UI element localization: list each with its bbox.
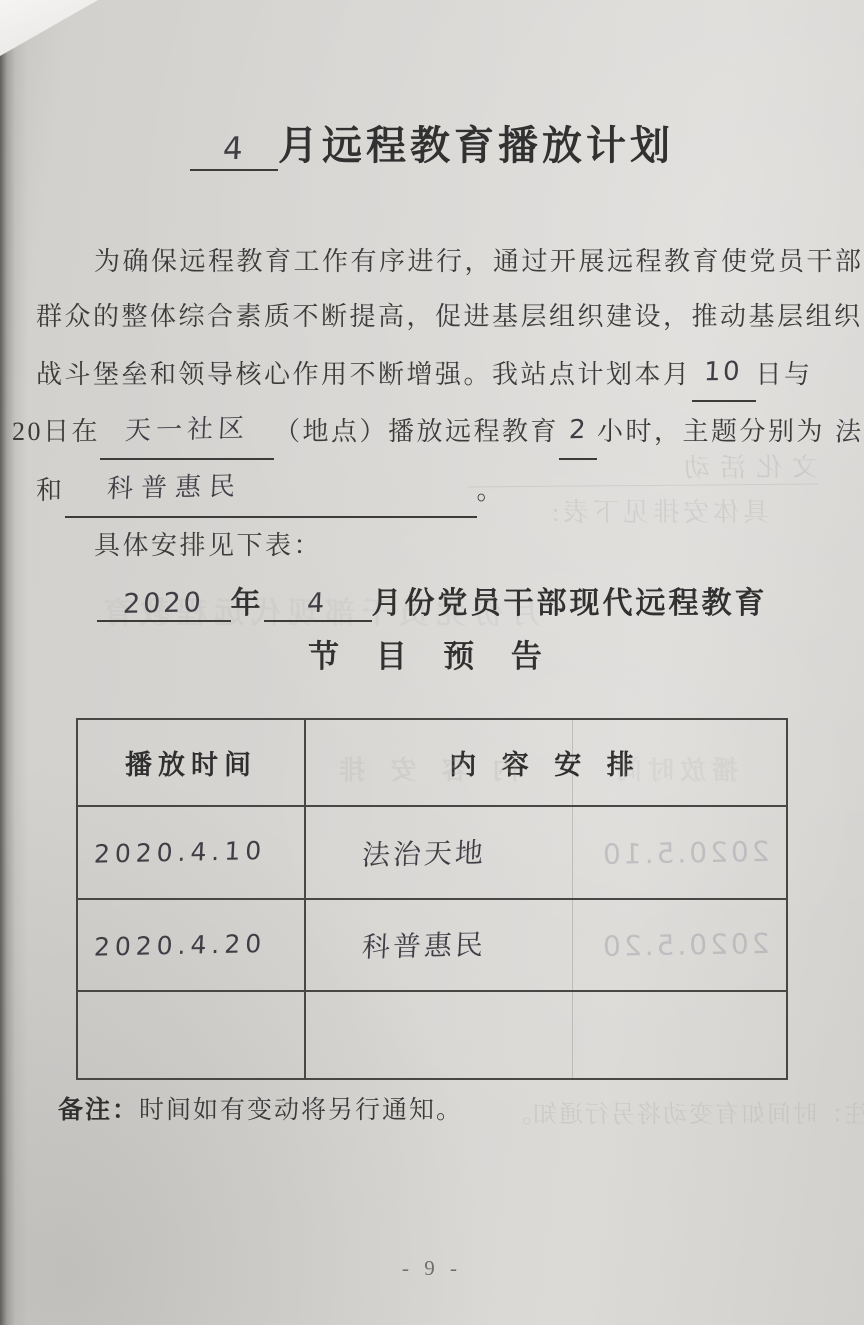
theme2-blank: 科普惠民 [65,460,477,518]
schedule-title-line2: 节 目 预 告 [0,631,864,676]
handwritten-month: 4 [222,131,245,168]
handwritten-theme2: 科普惠民 [105,460,244,518]
paragraph-line-3: 战斗堡垒和领导核心作用不断增强。我站点计划本月10日与 [36,344,842,402]
line5-pre: 和 [36,476,65,505]
note-label: 备注： [58,1096,139,1124]
row1-content-cell: 法治天地 2020.5.10 [306,807,786,898]
handwritten-month2: 4 [307,588,329,619]
row1-time-cell: 2020.4.10 [78,807,306,898]
handwritten-program-2: 科普惠民 [305,923,487,967]
line4-tail: 小时，主题分别为 [597,417,825,446]
schedule-section-title: 2020年4月份党员干部现代远程教育 节 目 预 告 [0,578,864,676]
line3-tail: 日与 [756,360,813,389]
handwritten-date-1: 2020.4.10 [77,836,267,869]
bleed-through-header-content: 内 容 安 排 [330,750,519,787]
scanned-document-page: 4月远程教育播放计划 为确保远程教育工作有序进行，通过开展远程教育使党员干部 群… [0,0,864,1325]
bleed-through-handwriting: 文化活动 [468,446,818,487]
schedule-title-rest: 月份党员干部现代远程教育 [372,587,768,620]
paragraph-line-1: 为确保远程教育工作有序进行，通过开展远程教育使党员干部 [36,234,842,289]
month-blank: 4 [264,586,372,622]
bleed-through-date-2: 2020.5.20 [600,927,770,963]
row2-content-cell: 科普惠民 2020.5.20 [306,900,786,990]
table-row: 2020.4.10 法治天地 2020.5.10 [78,807,786,900]
line4-pre: 20日在 [12,417,100,446]
handwritten-day1: 10 [703,345,744,401]
bleed-through-date-1: 2020.5.10 [600,835,770,871]
handwritten-program-1: 法治天地 [305,831,487,875]
handwritten-year: 2020 [122,587,204,620]
handwritten-theme1: 法治 [834,404,864,460]
note-text: 时间如有变动将另行通知。 [139,1097,463,1124]
row3-content-cell [306,992,786,1078]
bleed-through-note-line: 备注：时间如有变动将另行通知。 [505,1094,864,1129]
handwritten-date-2: 2020.4.20 [77,929,267,962]
note-line: 备注：时间如有变动将另行通知。 [58,1090,463,1126]
header-broadcast-time: 播放时间 [78,720,306,805]
title-text: 月远程教育播放计划 [278,124,674,168]
page-number: - 9 - [0,1256,864,1281]
year-label: 年 [231,587,264,620]
document-title: 4月远程教育播放计划 [0,114,864,171]
title-month-blank: 4 [190,124,278,171]
table-row [78,992,786,1078]
line3-text: 战斗堡垒和领导核心作用不断增强。我站点计划本月 [36,360,692,389]
table-row: 2020.4.20 科普惠民 2020.5.20 [78,900,786,992]
row3-time-cell [78,992,306,1078]
paragraph-line-2: 群众的整体综合素质不断提高，促进基层组织建设，推动基层组织 [36,289,842,344]
year-blank: 2020 [97,586,231,622]
row2-time-cell: 2020.4.20 [78,900,306,990]
schedule-title-line1: 2020年4月份党员干部现代远程教育 [0,578,864,622]
underlying-page-corner [0,0,98,56]
handwritten-location: 天一社区 [124,402,251,460]
location-blank: 天一社区 [100,402,274,460]
bleed-through-see-table-text: 具体安排见下表: [548,492,769,529]
line4-mid: （地点）播放远程教育 [274,417,559,446]
day1-blank: 10 [692,344,756,402]
bleed-through-header-time: 播放时间 [610,750,738,787]
